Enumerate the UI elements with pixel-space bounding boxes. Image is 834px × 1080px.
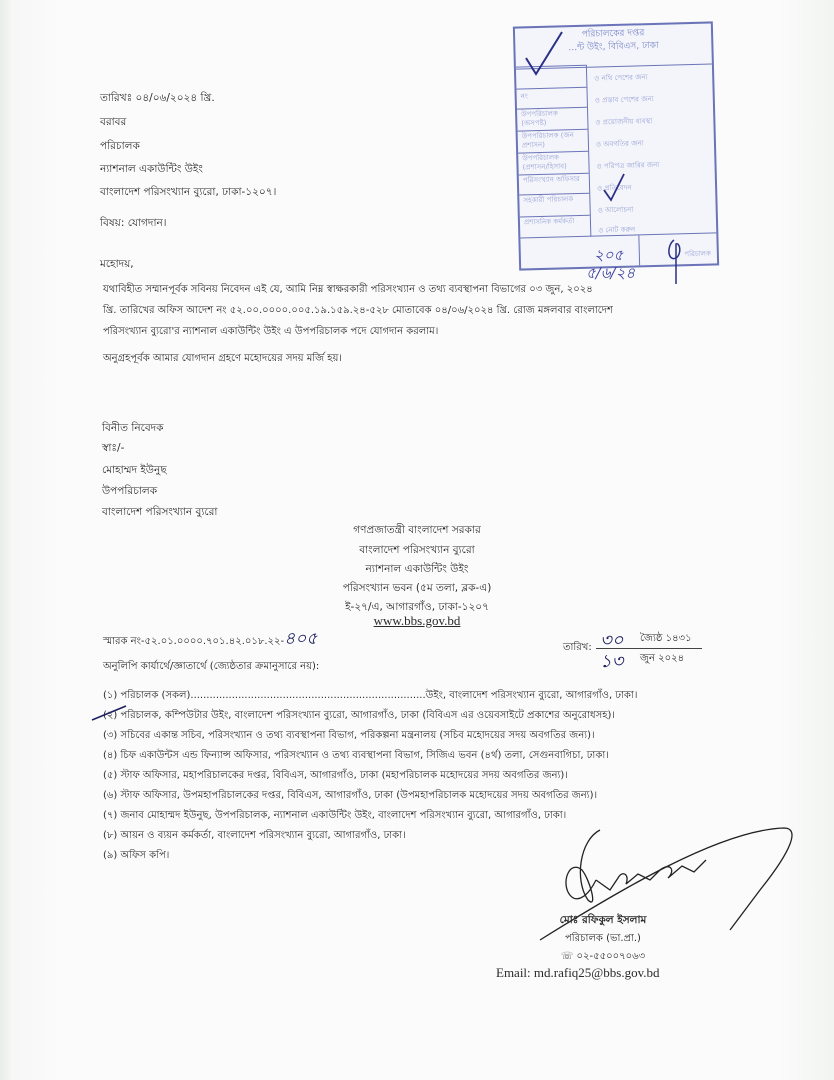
stamp-handwritten-date: ৫/৬/২৪ — [586, 262, 635, 287]
letterhead-wing: ন্যাশনাল একাউন্টিং উইং — [267, 562, 567, 576]
letter-body-line: খ্রি. তারিখের অফিস আদেশ নং ৫২.০০.০০০০.০০… — [103, 304, 613, 318]
memo-ref-handwritten: ৪০৫ — [284, 629, 317, 649]
stamp-item: ও প্রস্তাব পেশের জন্য — [595, 93, 654, 107]
letter-request: অনুগ্রহপূর্বক আমার যোগদান গ্রহণে মহোদয়ে… — [103, 352, 342, 366]
letterhead-bureau: বাংলাদেশ পরিসংখ্যান ব্যুরো — [267, 543, 567, 557]
stamp-cell: পরিসংখ্যান অফিসার — [523, 175, 587, 186]
stamp-cell: উপপরিচালক (অসপষ্ট) — [521, 109, 585, 129]
stamp-item: ও প্রয়োজনীয় ব্যবস্থা — [595, 115, 652, 128]
sender-name: মোহাম্মদ ইউনুছ — [102, 463, 167, 477]
stamp-cell: উপপরিচালক (জন প্রশাসন) — [522, 131, 586, 151]
addressee-wing: ন্যাশনাল একাউন্টিং উইং — [100, 162, 203, 176]
strike-mark — [90, 704, 130, 722]
website-link[interactable]: www.bbs.gov.bd — [374, 613, 461, 628]
telephone-icon: ☏ — [561, 951, 574, 962]
memo-date-greg-month-year: জুন ২০২৪ — [640, 652, 684, 666]
sender-title: উপপরিচালক — [102, 484, 157, 498]
memo-date-greg-day: ১৩ — [600, 647, 623, 678]
stamp-cell: সহকারী পরিচালক — [523, 195, 587, 206]
checkmark-icon — [600, 170, 630, 205]
stamp-item: ও অবগতির জন্য — [596, 137, 644, 150]
addressee-org: বাংলাদেশ পরিসংখ্যান ব্যুরো, ঢাকা-১২০৭। — [100, 185, 276, 199]
letter-subject: বিষয়: যোগদান। — [100, 216, 167, 230]
letter-salutation: মহোদয়, — [100, 257, 134, 271]
copy-item: (৭) জনাব মোহাম্মদ ইউনুছ, উপপরিচালক, ন্যা… — [103, 809, 566, 823]
initials-signature — [664, 236, 688, 286]
copy-item: (৫) স্টাফ অফিসার, মহাপরিচালকের দপ্তর, বি… — [103, 769, 568, 783]
addressee-title: পরিচালক — [100, 139, 140, 153]
scanned-document-page: পরিচালকের দপ্তর …ন্ট উইং, বিবিএস, ঢাকা ন… — [0, 0, 834, 1080]
letter-closing: বিনীত নিবেদক — [102, 421, 164, 435]
memo-date-label: তারিখ: — [563, 641, 592, 655]
copy-item: (৯) অফিস কপি। — [103, 849, 169, 863]
stamp-item: ও নথি পেশের জন্য — [594, 71, 648, 84]
stamp-item: ও আলোচনা — [598, 204, 634, 217]
copy-item: (৩) সচিবের একান্ত সচিব, পরিসংখ্যান ও তথ্… — [103, 729, 595, 743]
letter-signed: স্বাঃ/- — [102, 441, 124, 455]
memo-date-bangla-month-year: জ্যৈষ্ঠ ১৪৩১ — [640, 632, 692, 646]
stamp-footer-label: পরিচালক — [684, 248, 711, 261]
signatory-phone: ০২-৫৫০০৭০৬৩ — [577, 951, 646, 962]
letterhead-building: পরিসংখ্যান ভবন (৫ম তলা, ব্লক-এ) — [267, 581, 567, 595]
copy-item: (২) পরিচালক, কম্পিউটার উইং, বাংলাদেশ পরি… — [103, 709, 615, 723]
sender-org: বাংলাদেশ পরিসংখ্যান ব্যুরো — [102, 505, 217, 519]
copy-item: (১) পরিচালক (সকল).......................… — [103, 689, 637, 703]
stamp-row-line — [516, 87, 586, 90]
copy-heading: অনুলিপি কার্যার্থে/জ্ঞাতার্থে (জ্যেষ্ঠতা… — [103, 660, 319, 674]
stamp-cell: নং — [521, 91, 585, 102]
director-signature — [500, 800, 800, 950]
letter-body-line: পরিসংখ্যান ব্যুরো'র ন্যাশনাল একাউন্টিং উ… — [103, 325, 438, 339]
letter-date: তারিখঃ ০৪/০৬/২০২৪ খ্রি. — [100, 91, 215, 105]
signatory-name: মোঃ রফিকুল ইসলাম — [508, 913, 698, 927]
stamp-cell: প্রশাসনিক কর্মকর্তা — [524, 217, 588, 228]
letter-body-line: যথাবিহীত সম্মানপূর্বক সবিনয় নিবেদন এই য… — [103, 283, 593, 297]
letterhead-govt: গণপ্রজাতন্ত্রী বাংলাদেশ সরকার — [267, 523, 567, 537]
memo-ref-number: স্মারক নং-৫২.০১.০০০০.৭০১.৪২.০১৮.২২- — [103, 636, 284, 647]
stamp-cell: উপপরিচালক (প্রশাসন/হিসাব) — [522, 153, 586, 173]
checkmark-icon — [520, 30, 580, 80]
letterhead-address: ই-২৭/এ, আগারগাঁও, ঢাকা-১২০৭ — [267, 600, 567, 614]
signatory-title: পরিচালক (ভা.প্রা.) — [508, 932, 698, 946]
signatory-email[interactable]: Email: md.rafiq25@bbs.gov.bd — [496, 966, 660, 980]
copy-item: (৪) চিফ একাউন্টস এন্ড ফিন্যান্স অফিসার, … — [103, 749, 609, 763]
letter-to: বরাবর — [100, 115, 126, 129]
copy-item: (৮) আয়ন ও ব্যয়ন কর্মকর্তা, বাংলাদেশ পর… — [103, 829, 406, 843]
